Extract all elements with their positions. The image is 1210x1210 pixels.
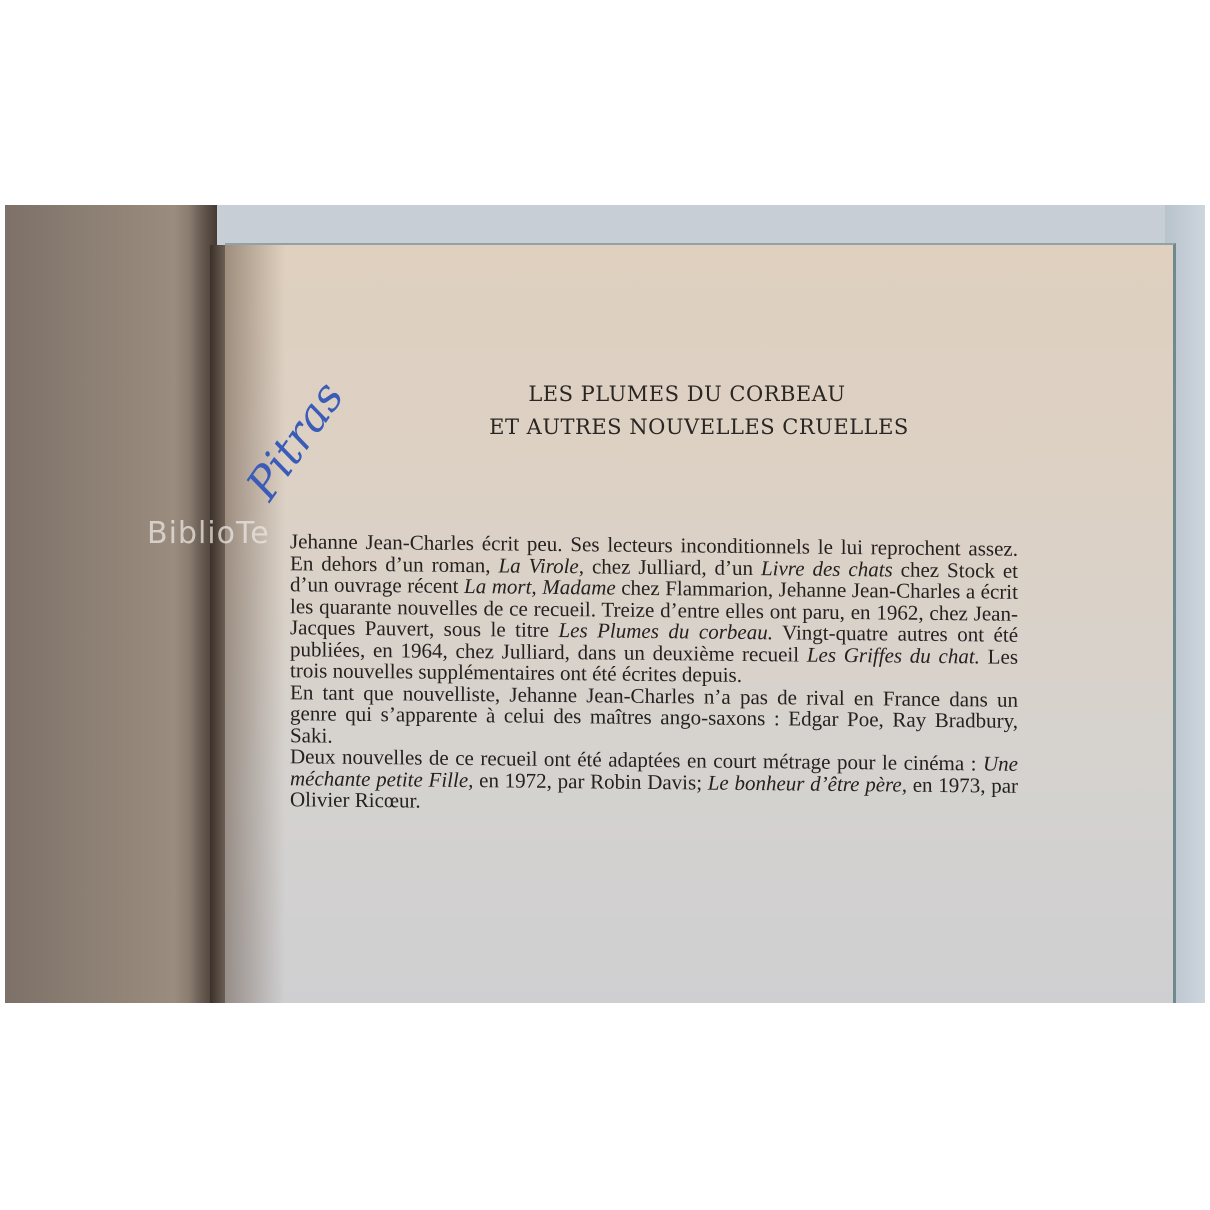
body-paragraph: Jehanne Jean-Charles écrit peu. Ses lect… <box>290 531 1018 689</box>
page-body-text: Jehanne Jean-Charles écrit peu. Ses lect… <box>290 531 1018 818</box>
right-page: LES PLUMES DU CORBEAU ET AUTRES NOUVELLE… <box>225 243 1176 1003</box>
book-photo: LES PLUMES DU CORBEAU ET AUTRES NOUVELLE… <box>5 205 1205 1003</box>
watermark-logo: BiblioTe <box>147 516 270 551</box>
body-paragraph: Deux nouvelles de ce recueil ont été ada… <box>290 746 1018 818</box>
body-paragraph: En tant que nouvelliste, Jehanne Jean-Ch… <box>290 682 1018 754</box>
left-page <box>5 205 217 1003</box>
